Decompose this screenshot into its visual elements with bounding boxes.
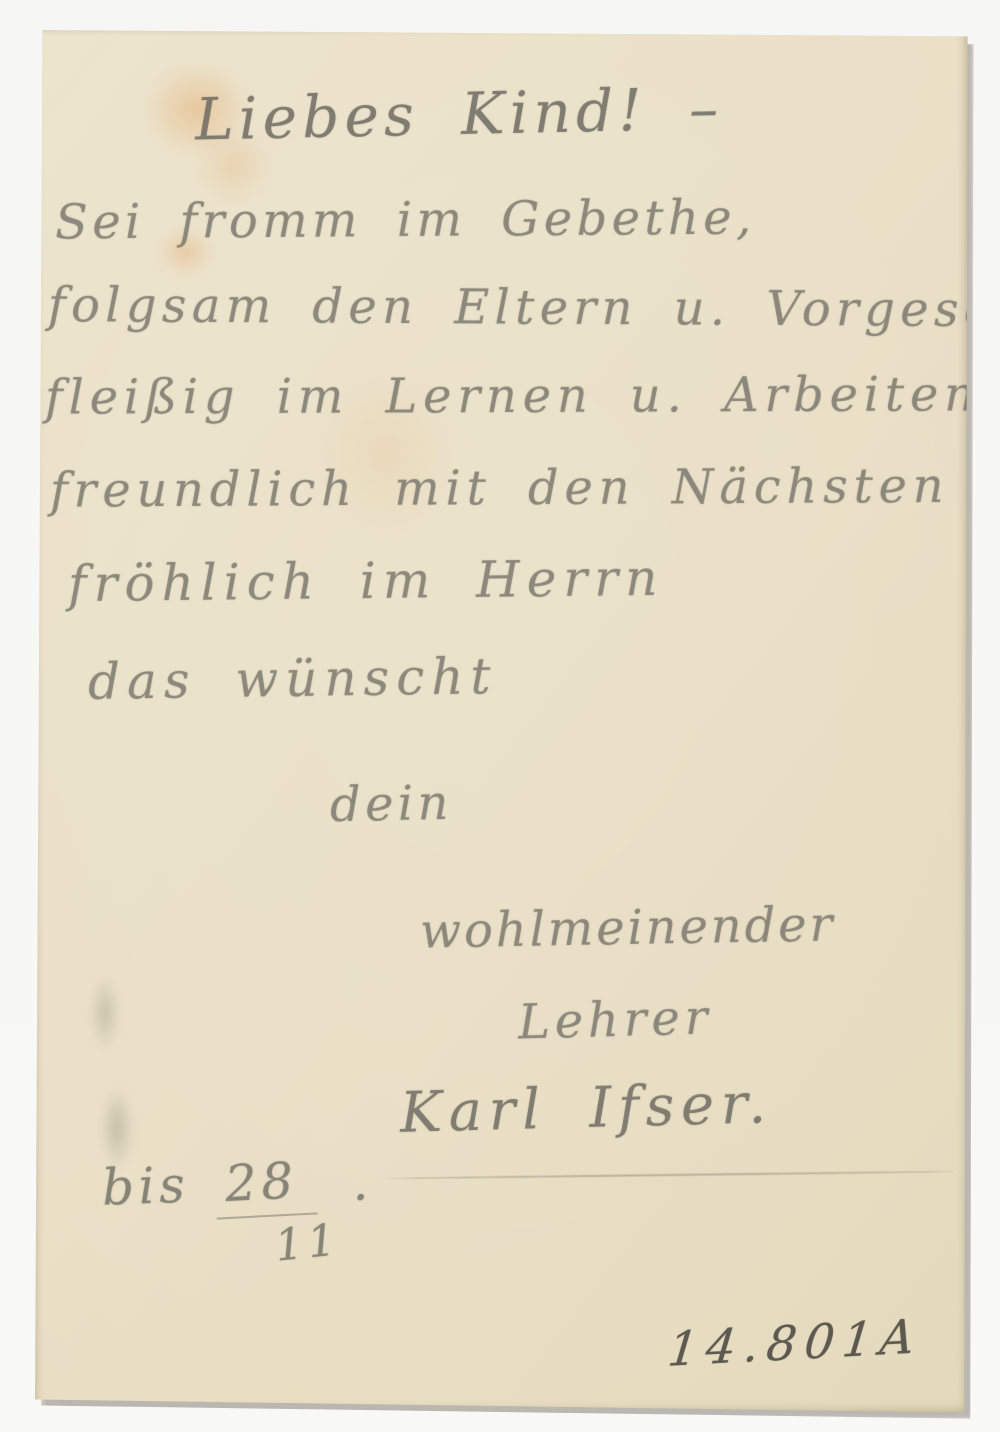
date-note: bis 28 11 . [101, 1149, 375, 1275]
body-line-1: Sei fromm im Gebethe, [55, 190, 756, 251]
closing-pronoun: dein [330, 775, 454, 833]
postcard-paper: Liebes Kind! – Sei fromm im Gebethe, fol… [35, 28, 968, 1414]
salutation-line: Liebes Kind! – [194, 74, 724, 153]
body-line-5: fröhlich im Herrn [68, 549, 665, 613]
date-prefix: bis [101, 1156, 190, 1217]
date-day: 28 [214, 1150, 318, 1219]
date-month: 11 [273, 1214, 343, 1272]
graphite-smudge-left-edge-upper [83, 958, 127, 1068]
closing-descriptor: wohlmeinender [420, 896, 836, 959]
faint-stain-middle-left [285, 323, 485, 583]
body-line-6: das wünscht [88, 647, 498, 711]
signature-underline [387, 1171, 955, 1180]
closing-role: Lehrer [517, 989, 713, 1050]
date-trailing-dot: . [351, 1153, 373, 1212]
date-fraction: 28 11 [214, 1151, 341, 1272]
body-line-2: folgsam den Eltern u. Vorgesetzten [48, 277, 1000, 339]
inventory-number: 14.801A [665, 1309, 925, 1378]
body-line-3: fleißig im Lernen u. Arbeiten [45, 366, 981, 425]
body-line-4: freundlich mit den Nächsten u. [50, 457, 1000, 518]
signature: Karl Ifser. [399, 1071, 773, 1146]
